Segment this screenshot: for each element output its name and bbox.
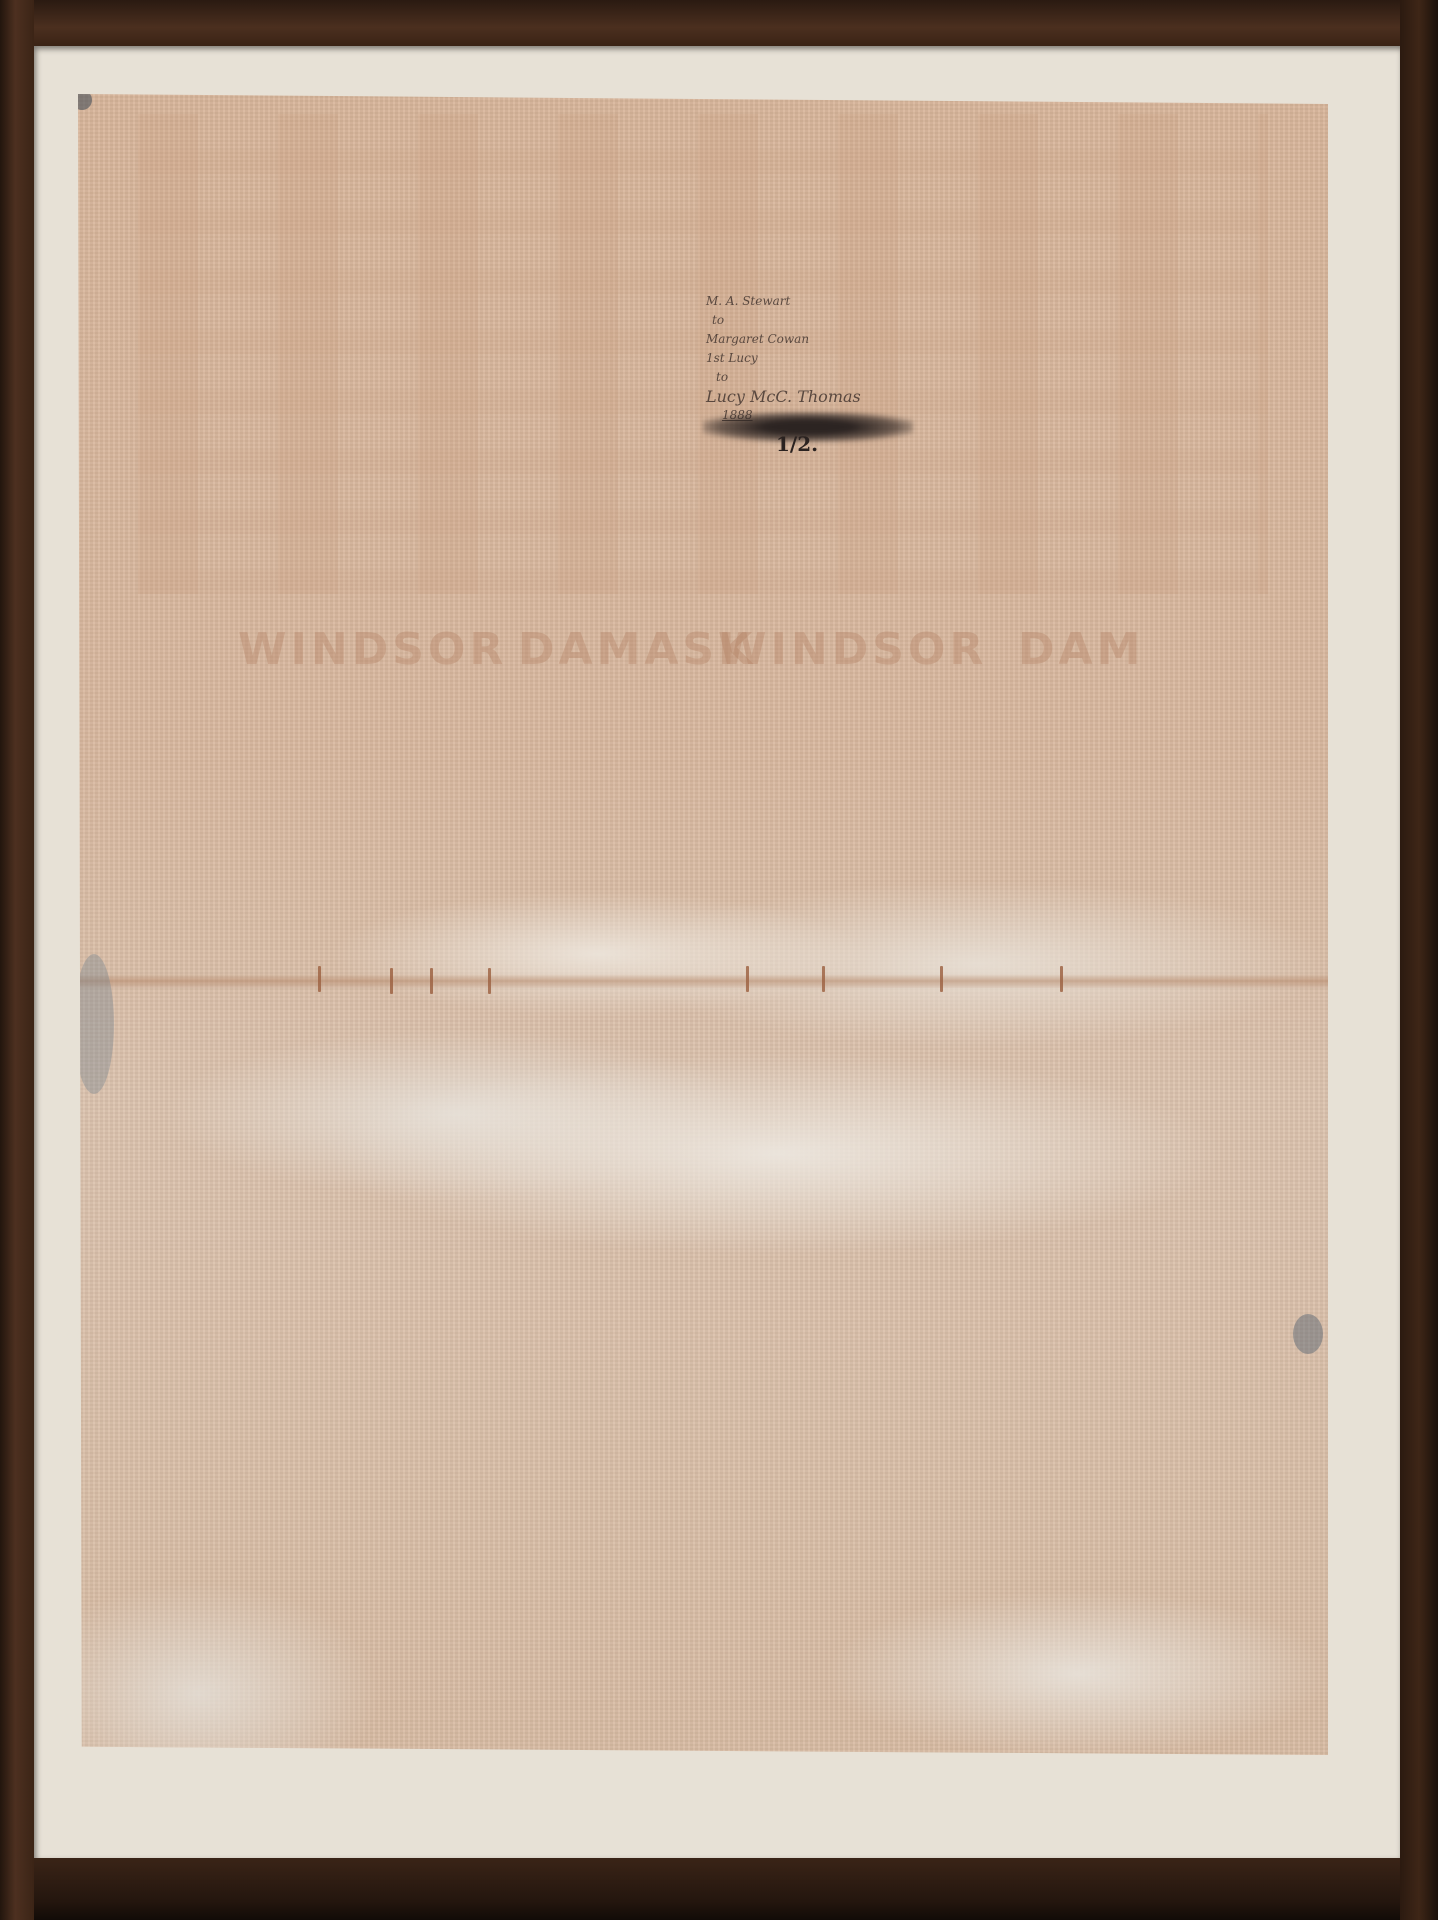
frame-bottom-rail xyxy=(0,1858,1438,1920)
ink-inscription: M. A. Stewart to Margaret Cowan 1st Lucy… xyxy=(706,292,966,425)
blue-stain xyxy=(1293,1314,1323,1354)
stitch-mark xyxy=(1060,966,1063,992)
picture-frame: WINDSOR DAMASK WINDSOR DAM M. A. Stewart… xyxy=(0,0,1438,1920)
inscription-line: to xyxy=(716,368,966,387)
ink-blot-text: 1/2. xyxy=(776,432,818,456)
frame-right-stile xyxy=(1400,0,1438,1920)
frame-left-stile xyxy=(0,0,34,1920)
stitch-mark xyxy=(746,966,749,992)
stitch-mark xyxy=(430,968,433,994)
inscription-line: 1st Lucy xyxy=(706,349,966,368)
blue-stain xyxy=(74,954,114,1094)
stitch-mark xyxy=(318,966,321,992)
fold-line xyxy=(78,974,1328,988)
stitch-mark xyxy=(822,966,825,992)
woven-word: WINDSOR xyxy=(238,624,507,675)
stitch-mark xyxy=(390,968,393,994)
linen-mat: WINDSOR DAMASK WINDSOR DAM M. A. Stewart… xyxy=(34,46,1400,1858)
frame-top-rail xyxy=(0,0,1438,46)
inscription-line: Lucy McC. Thomas xyxy=(706,387,966,406)
stitch-mark xyxy=(940,966,943,992)
woven-word: WINDSOR xyxy=(718,624,987,675)
woven-word: DAM xyxy=(1018,624,1144,675)
stitch-mark xyxy=(488,968,491,994)
damask-towel: WINDSOR DAMASK WINDSOR DAM M. A. Stewart… xyxy=(78,94,1328,1760)
damask-motif-band xyxy=(138,114,1268,594)
inscription-line: M. A. Stewart xyxy=(706,292,966,311)
corner-stain xyxy=(72,90,92,110)
inscription-line: Margaret Cowan xyxy=(706,330,966,349)
inscription-line: to xyxy=(712,311,966,330)
